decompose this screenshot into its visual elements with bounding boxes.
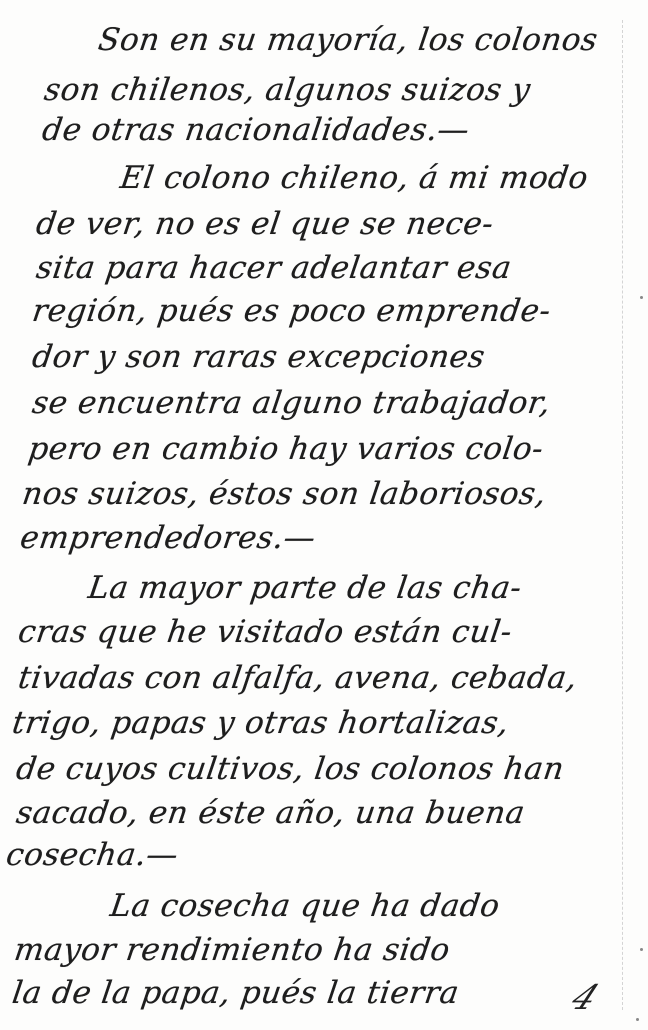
- text-line: región, pués es poco emprende-: [30, 293, 553, 329]
- text-line: de ver, no es el que se nece-: [34, 206, 496, 242]
- text-line: La cosecha que ha dado: [108, 888, 502, 924]
- text-line: mayor rendimiento ha sido: [12, 932, 452, 968]
- text-line: de cuyos cultivos, los colonos han: [14, 751, 567, 787]
- text-line: se encuentra alguno trabajador,: [30, 385, 553, 421]
- paper-speck: [640, 948, 643, 951]
- paper-speck: [636, 1018, 639, 1021]
- text-line: son chilenos, algunos suizos y: [42, 72, 533, 108]
- text-line: la de la papa, pués la tierra: [10, 975, 461, 1011]
- text-line: dor y son raras excepciones: [30, 339, 487, 375]
- text-line: cosecha.—: [4, 837, 181, 873]
- text-line: emprendedores.—: [18, 520, 318, 556]
- text-line: nos suizos, éstos son laboriosos,: [20, 476, 549, 512]
- paper-speck: [640, 296, 643, 299]
- margin-rule: [622, 20, 623, 1010]
- page-number-mark: 4: [565, 978, 605, 1018]
- text-line: El colono chileno, á mi modo: [118, 160, 590, 196]
- text-line: La mayor parte de las cha-: [86, 570, 524, 606]
- text-line: Son en su mayoría, los colonos: [96, 22, 600, 58]
- text-line: tivadas con alfalfa, avena, cebada,: [16, 660, 580, 696]
- text-line: trigo, papas y otras hortalizas,: [10, 705, 511, 741]
- text-line: de otras nacionalidades.—: [40, 112, 472, 148]
- text-line: sacado, en éste año, una buena: [14, 795, 527, 831]
- text-line: sita para hacer adelantar esa: [34, 250, 514, 286]
- manuscript-page: Son en su mayoría, los colonos son chile…: [0, 0, 648, 1030]
- text-line: cras que he visitado están cul-: [16, 614, 514, 650]
- text-line: pero en cambio hay varios colo-: [26, 431, 546, 467]
